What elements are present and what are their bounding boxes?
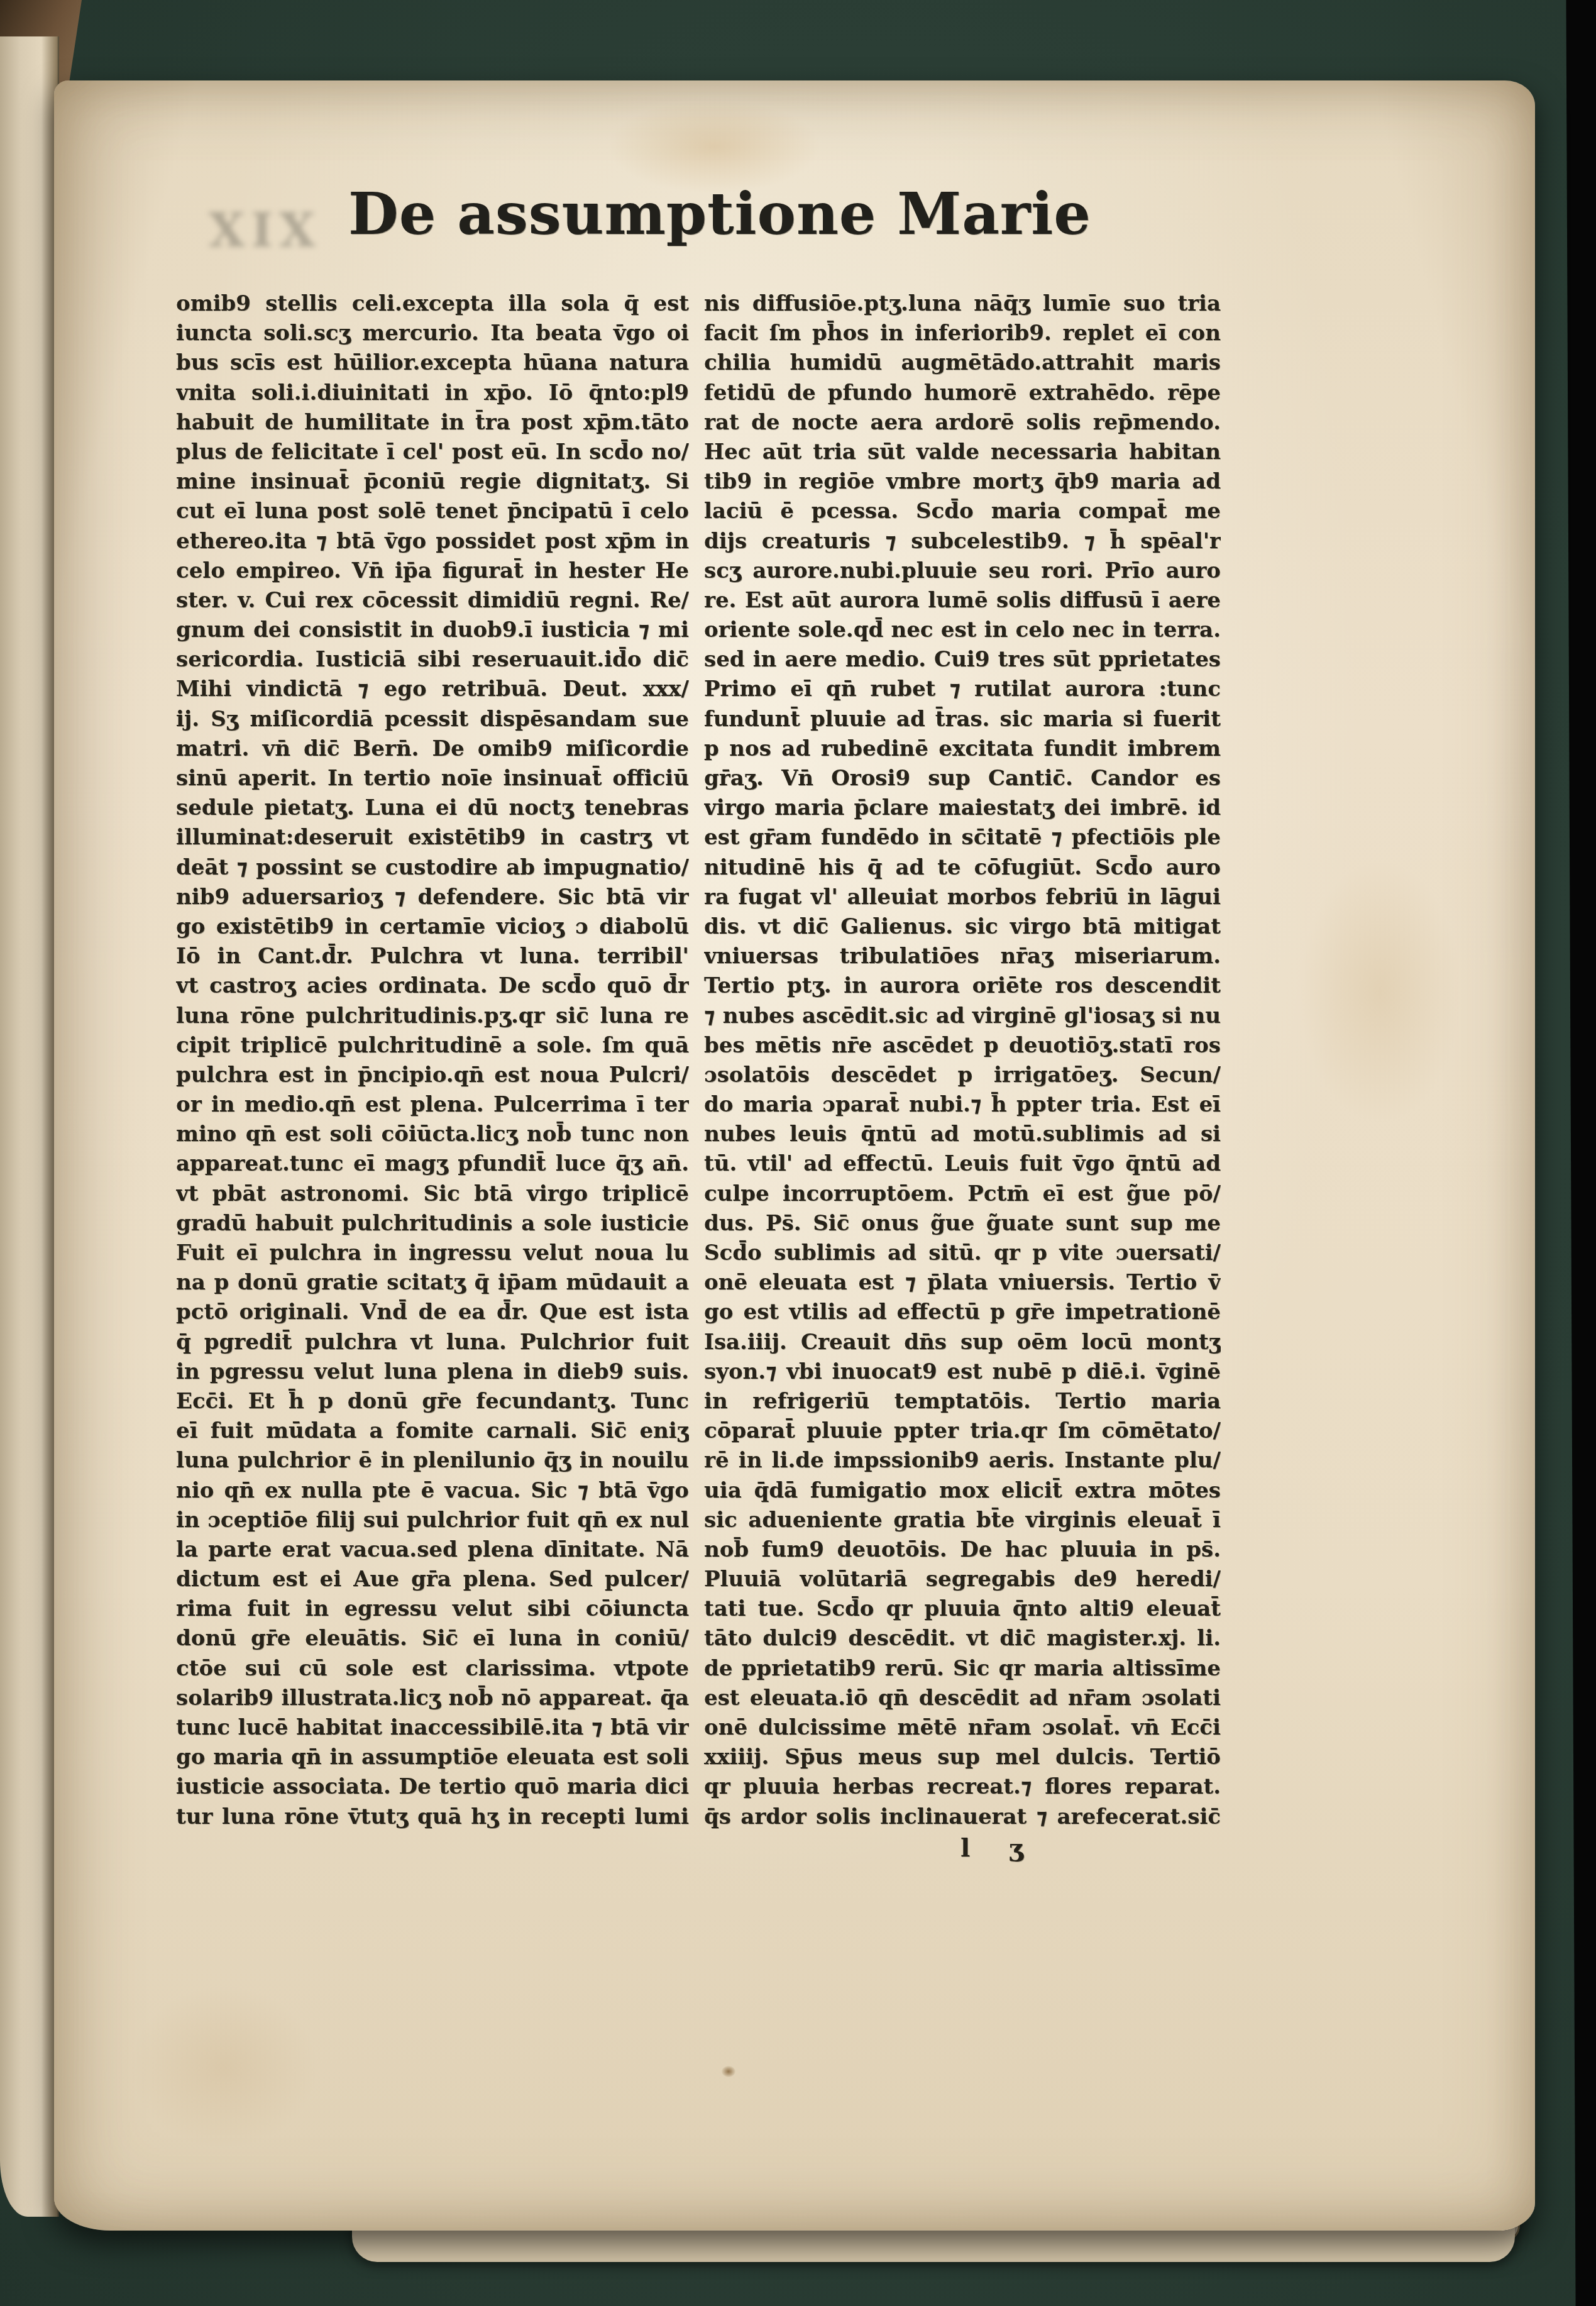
scan-edge-strip <box>1562 0 1596 2306</box>
text-line: ⁊ nubes ascēdit.sic ad virginē gl'iosaʒ … <box>704 1001 1221 1031</box>
text-line: donū gr̄e eleuātis. Sic̄ eī luna in coni… <box>176 1624 689 1653</box>
text-line: la parte erat vacua.sed plena dīnitate. … <box>176 1535 689 1565</box>
text-line: vt pbāt astronomi. Sic btā virgo triplic… <box>176 1179 689 1209</box>
text-line: dis. vt dic̄ Galienus. sic virgo btā mit… <box>704 912 1221 942</box>
text-line: virgo maria p̄clare maiestatʒ dei imbrē.… <box>704 793 1221 823</box>
text-line: tib9 in regiōe vmbre mortʒ q̄b9 maria ad… <box>704 467 1221 497</box>
text-line: Tertio ptʒ. in aurora oriēte ros descend… <box>704 971 1221 1001</box>
text-line: luna pulchrior ē in plenilunio q̄ʒ in no… <box>176 1446 689 1476</box>
text-line: vnita soli.i.diuinitati in xp̄o. Iō q̄nt… <box>176 378 689 408</box>
quire-signature-mark: l ʒ <box>960 1833 1038 1863</box>
ghost-folio-number: XIX <box>209 204 321 258</box>
text-line: Primo eī qn̄ rubet ⁊ rutilat aurora :tun… <box>704 675 1221 704</box>
text-line: rat de nocte aera ardorē solis rep̄mendo… <box>704 408 1221 438</box>
text-line: bes mētis nr̄e ascēdet p deuotiōʒ.statī … <box>704 1031 1221 1061</box>
text-line: sed in aere medio. Cui9 tres sūt pprieta… <box>704 645 1221 675</box>
text-line: gnum dei consistit in duob9.ī iusticia ⁊… <box>176 615 689 645</box>
page-title: De assumptione Marie <box>348 180 1165 248</box>
text-column-right: nis diffusiōe.ptʒ.luna nāq̄ʒ lumīe suo t… <box>704 289 1221 1832</box>
text-line: xxiiij. Sp̄us meus sup mel dulcis. Terti… <box>704 1743 1221 1772</box>
text-line: culpe incorruptōem. Pctm̄ eī est g̃ue pō… <box>704 1179 1221 1209</box>
text-line: rē in li.de impssionib9 aeris. Instante … <box>704 1446 1221 1476</box>
text-line: tunc lucē habitat inaccessibilē.ita ⁊ bt… <box>176 1713 689 1743</box>
text-column-left: omib9 stellis celi.excepta illa sola q̄ … <box>176 289 689 1832</box>
text-line: ethereo.ita ⁊ btā v̄go possidet post xp̄… <box>176 527 689 556</box>
text-line: cut eī luna post solē tenet p̄ncipatū ī … <box>176 497 689 526</box>
text-line: sic adueniente gratia bt̄e virginis eleu… <box>704 1506 1221 1535</box>
text-line: dus. Ps̄. Sic̄ onus g̃ue g̃uate sunt sup… <box>704 1209 1221 1239</box>
text-line: uia q̄dā fumigatio mox elicit̄ extra mōt… <box>704 1476 1221 1506</box>
text-line: gr̄aʒ. Vn̄ Orosi9 sup Cantic̄. Candor es <box>704 764 1221 793</box>
text-line: sericordia. Iusticiā sibi reseruauit.id̄… <box>176 645 689 675</box>
text-line: habuit de humilitate in t̄ra post xp̄m.t… <box>176 408 689 438</box>
text-line: qr pluuia herbas recreat.⁊ flores repara… <box>704 1772 1221 1802</box>
text-line: go est vtilis ad effectū p gr̄e impetrat… <box>704 1298 1221 1327</box>
book-page: XIX De assumptione Marie omib9 stellis c… <box>54 80 1535 2231</box>
text-line: luna rōne pulchritudinis.pʒ.qr sic̄ luna… <box>176 1001 689 1031</box>
text-line: pctō originali. Vnd̄ de ea d̄r. Que est … <box>176 1298 689 1327</box>
text-line: sedule pietatʒ. Luna ei dū noctʒ tenebra… <box>176 793 689 823</box>
text-line: bus scīs est hūilior.excepta hūana natur… <box>176 348 689 378</box>
text-line: Fuit eī pulchra in ingressu velut noua l… <box>176 1239 689 1268</box>
text-line: nubes leuis q̄ntū ad motū.sublimis ad si <box>704 1120 1221 1149</box>
text-line: fundunt̄ pluuie ad t̄ras. sic maria si f… <box>704 705 1221 734</box>
paper-stain <box>1299 860 1462 1124</box>
text-line: tāto dulci9 descēdit. vt dic̄ magister.x… <box>704 1624 1221 1653</box>
text-line: pulchra est in p̄ncipio.qn̄ est noua Pul… <box>176 1061 689 1090</box>
text-line: onē eleuata est ⁊ p̄lata vniuersis. Tert… <box>704 1268 1221 1298</box>
text-line: nis diffusiōe.ptʒ.luna nāq̄ʒ lumīe suo t… <box>704 289 1221 319</box>
text-line: go existētib9 in certamīe vicioʒ ɔ diabo… <box>176 912 689 942</box>
text-line: est gr̄am fundēdo in sc̄itatē ⁊ pfectiōi… <box>704 823 1221 852</box>
text-line: mino qn̄ est soli cōiūcta.licʒ nob̄ tunc… <box>176 1120 689 1149</box>
text-line: ster. v. Cui rex cōcessit dimidiū regni.… <box>176 586 689 615</box>
text-line: nob̄ fum9 deuotōis. De hac pluuia in ps̄… <box>704 1535 1221 1565</box>
text-line: tū. vtil' ad effectū. Leuis fuit v̄go q̄… <box>704 1149 1221 1179</box>
text-line: p nos ad rubedinē excitata fundit imbrem <box>704 734 1221 764</box>
text-line: tati tue. Scd̄o qr pluuia q̄nto alti9 el… <box>704 1594 1221 1624</box>
text-line: nib9 aduersarioʒ ⁊ defendere. Sic btā vi… <box>176 883 689 912</box>
text-line: celo empireo. Vn̄ ip̄a figurat̄ in heste… <box>176 556 689 586</box>
text-line: gradū habuit pulchritudinis a sole iusti… <box>176 1209 689 1239</box>
text-line: solarib9 illustrata.licʒ nob̄ nō apparea… <box>176 1684 689 1713</box>
text-line: syon.⁊ vbi inuocat9 est nubē p diē.i. v̄… <box>704 1357 1221 1387</box>
text-line: vt castroʒ acies ordinata. De scd̄o quō … <box>176 971 689 1001</box>
text-line: mine insinuat̄ p̄coniū regie dignitatʒ. … <box>176 467 689 497</box>
text-line: matri. vn̄ dic̄ Bern̄. De omib9 miſicord… <box>176 734 689 764</box>
text-line: ij. Sʒ miſicordiā pcessit dispēsandam su… <box>176 705 689 734</box>
text-line: or in medio.qn̄ est plena. Pulcerrima ī … <box>176 1090 689 1120</box>
text-line: oriente sole.qd̄ nec est in celo nec in … <box>704 615 1221 645</box>
text-line: in pgressu velut luna plena in dieb9 sui… <box>176 1357 689 1387</box>
text-line: fetidū de pfundo humorē extrahēdo. rēpe <box>704 378 1221 408</box>
text-line: ctōe sui cū sole est clarissima. vtpote … <box>176 1654 689 1684</box>
text-line: illuminat:deseruit existētib9 in castrʒ … <box>176 823 689 852</box>
text-line: dictum est ei Aue gr̄a plena. Sed pulcer… <box>176 1565 689 1594</box>
text-line: vniuersas tribulatiōes nr̄aʒ miseriarum. <box>704 942 1221 971</box>
text-line: chilia humidū augmētādo.attrahit maris <box>704 348 1221 378</box>
text-line: Isa.iiij. Creauit dn̄s sup oēm locū mont… <box>704 1328 1221 1357</box>
text-line: laciū ē pcessa. Scd̄o maria compat̄ me <box>704 497 1221 526</box>
text-line: go maria qn̄ in assumptiōe eleuata est s… <box>176 1743 689 1772</box>
text-line: onē dulcissime mētē nr̄am ɔsolat̄. vn̄ E… <box>704 1713 1221 1743</box>
text-line: in refrigeriū temptatōis. Tertio maria <box>704 1387 1221 1416</box>
text-line: in ɔceptiōe filij sui pulchrior fuit qn̄… <box>176 1506 689 1535</box>
text-line: nitudinē his q̄ ad te cōfugiūt. Scd̄o au… <box>704 853 1221 883</box>
text-line: rima fuit in egressu velut sibi cōiuncta… <box>176 1594 689 1624</box>
text-line: est eleuata.iō qn̄ descēdit ad nr̄am ɔso… <box>704 1684 1221 1713</box>
text-line: Scd̄o sublimis ad sitū. qr p vite ɔuersa… <box>704 1239 1221 1268</box>
facing-leaf-edge <box>0 36 59 2217</box>
text-line: re. Est aūt aurora lumē solis diffusū ī … <box>704 586 1221 615</box>
text-line: cōparat̄ pluuie ppter tria.qr ſm cōmētat… <box>704 1416 1221 1446</box>
text-line: Iō in Cant.d̄r. Pulchra vt luna. terribi… <box>176 942 689 971</box>
text-line: appareat.tunc eī magʒ pfundit̄ luce q̄ʒ … <box>176 1149 689 1179</box>
paper-stain <box>129 1985 318 2149</box>
text-line: scʒ aurore.nubi.pluuie seu rori. Prīo au… <box>704 556 1221 586</box>
text-line: Hec aūt tria sūt valde necessaria habita… <box>704 438 1221 467</box>
text-line: Ecc̄i. Et h̄ p donū gr̄e fecundantʒ. Tun… <box>176 1387 689 1416</box>
text-line: dijs creaturis ⁊ subcelestib9. ⁊ h̄ spēa… <box>704 527 1221 556</box>
text-line: q̄s ardor solis inclinauerat ⁊ arefecera… <box>704 1802 1221 1832</box>
text-line: iusticie associata. De tertio quō maria … <box>176 1772 689 1802</box>
text-line: cipit triplicē pulchritudinē a sole. ſm … <box>176 1031 689 1061</box>
text-line: sinū aperit. In tertio noīe insinuat̄ of… <box>176 764 689 793</box>
text-line: omib9 stellis celi.excepta illa sola q̄ … <box>176 289 689 319</box>
text-line: ɔsolatōis descēdet p irrigatōeʒ. Secun/ <box>704 1061 1221 1090</box>
text-line: na p donū gratie scitatʒ q̄ ip̄am mūdaui… <box>176 1268 689 1298</box>
text-line: do maria ɔparat̄ nubi.⁊ h̄ ppter tria. E… <box>704 1090 1221 1120</box>
scanned-book-photo: XIX De assumptione Marie omib9 stellis c… <box>0 0 1596 2306</box>
text-line: plus de felicitate ī cel' post eū. In sc… <box>176 438 689 467</box>
text-line: tur luna rōne v̄tutʒ quā hʒ in recepti l… <box>176 1802 689 1832</box>
paper-speck <box>722 2066 735 2077</box>
text-line: eī fuit mūdata a fomite carnali. Sic̄ en… <box>176 1416 689 1446</box>
text-line: ra fugat vl' alleuiat morbos febriū in l… <box>704 883 1221 912</box>
text-line: q̄ pgredit̄ pulchra vt luna. Pulchrior f… <box>176 1328 689 1357</box>
text-line: facit ſm ph̄os in inferiorib9. replet eī… <box>704 319 1221 348</box>
text-line: nio qn̄ ex nulla pte ē vacua. Sic ⁊ btā … <box>176 1476 689 1506</box>
text-line: de pprietatib9 rerū. Sic qr maria altiss… <box>704 1654 1221 1684</box>
text-line: deāt ⁊ possint se custodire ab impugnati… <box>176 853 689 883</box>
text-line: iuncta soli.scʒ mercurio. Ita beata v̄go… <box>176 319 689 348</box>
text-line: Mihi vindictā ⁊ ego retribuā. Deut. xxx/ <box>176 675 689 704</box>
text-line: Pluuiā volūtariā segregabis de9 heredi/ <box>704 1565 1221 1594</box>
